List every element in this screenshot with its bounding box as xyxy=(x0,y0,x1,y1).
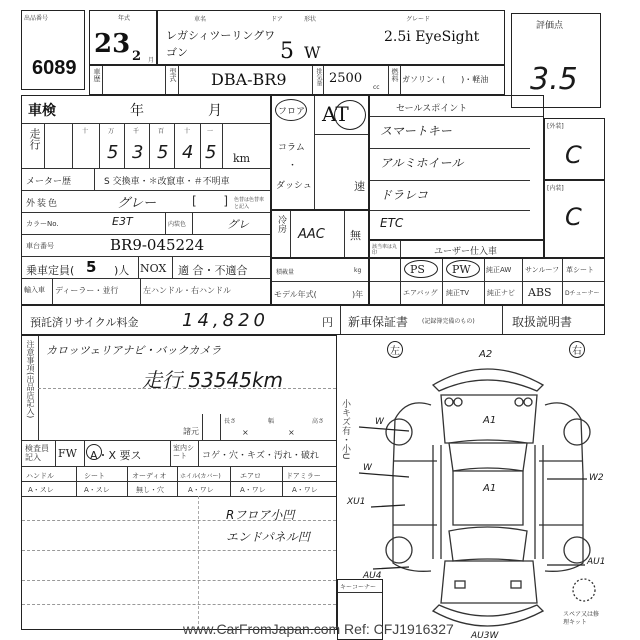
fuel-label: 燃料 xyxy=(390,68,400,82)
exterior-grade-box: [外装] C xyxy=(544,118,605,180)
warranty-note: (記録簿完備のもの) xyxy=(422,316,475,325)
nox-options: 適 合・不適合 xyxy=(178,262,248,278)
manual-label: 取扱説明書 xyxy=(512,313,572,330)
mark-left-front-door: W xyxy=(363,463,372,473)
mark-right-rear-door: W2 xyxy=(589,473,604,483)
dimensions-label: 諸元 xyxy=(183,426,199,437)
interior-color-value: グレ xyxy=(227,216,249,232)
displacement-unit: cc xyxy=(373,84,380,91)
recycle-value: 14,820 xyxy=(182,310,269,331)
recycle-label: 預託済リサイクル料金 xyxy=(30,314,138,330)
lot-number: 6089 xyxy=(32,57,77,80)
inspection-month-unit: 月 xyxy=(208,100,222,120)
spare-label: スペア又は修理キット xyxy=(563,611,603,627)
year-box: 年式 23 2 月 xyxy=(89,10,157,65)
year-month: 2 xyxy=(132,49,141,64)
aircon-none-label: 無 xyxy=(350,227,361,243)
equipment-item: Dチューナー xyxy=(565,288,599,297)
notes-box: 注意事項(出品店記入) カロッツェリアナビ・バックカメラ 走行 53545km … xyxy=(21,335,337,630)
warranty-label: 新車保証書 xyxy=(348,313,408,330)
import-dealer: ディーラー・並行 xyxy=(55,285,118,296)
equipment-circle xyxy=(446,260,480,278)
recycle-row: 預託済リサイクル料金 14,820 円 新車保証書 (記録簿完備のもの) 取扱説… xyxy=(21,305,605,335)
interior-grade-value: C xyxy=(565,203,582,231)
shift-dot: ・ xyxy=(288,158,297,171)
shift-column: コラム xyxy=(278,140,305,153)
part-options: A・ワレ xyxy=(188,485,214,495)
exterior-color-note: 色替は色替車と記入 xyxy=(234,196,268,210)
mileage-digit-header: 十 xyxy=(82,126,88,135)
part-options: A・ワレ xyxy=(240,485,266,495)
recycle-unit: 円 xyxy=(322,314,333,330)
meter-history-options: S 交換車・＊改竄車・＃不明車 xyxy=(104,174,230,187)
part-name: エアロ xyxy=(240,471,261,481)
part-options: A・スレ xyxy=(28,485,54,495)
sales-point-item: ETC xyxy=(380,216,403,230)
load-row: 積載量 kg モデル年式( )年 xyxy=(271,258,369,305)
part-options: 無し・穴 xyxy=(136,485,164,495)
color-no-label: カラーNo. xyxy=(26,219,59,229)
applicable-label: 該当車は丸印 xyxy=(372,244,398,256)
interior-grade-box: [内装] C xyxy=(544,180,605,258)
sales-point-item: スマートキー xyxy=(380,122,452,139)
mileage-label: 走行 xyxy=(26,128,42,150)
year-value: 23 xyxy=(94,29,130,59)
speed-label: 速 xyxy=(354,178,365,194)
mileage-digit: 3 xyxy=(132,142,143,163)
inspector-label: 検査員記入 xyxy=(25,444,55,462)
load-label: 積載量 xyxy=(276,267,294,276)
exterior-grade-label: [外装] xyxy=(547,121,564,130)
at-circle xyxy=(334,100,366,130)
equipment-item: エアバッグ xyxy=(403,288,437,298)
part-options: A・ワレ xyxy=(292,485,318,495)
sales-point-item: ドラレコ xyxy=(380,186,428,203)
part-options: A・スレ xyxy=(84,485,110,495)
nox-label: NOX xyxy=(140,262,166,275)
grade-value: 2.5i EyeSight xyxy=(384,29,479,45)
year-month-unit: 月 xyxy=(148,55,154,64)
mileage-digit-header: 百 xyxy=(158,126,164,135)
doors-label: ドア xyxy=(271,14,283,23)
mark-roof: A1 xyxy=(483,483,496,494)
exterior-color-label: 外装色 xyxy=(26,196,59,209)
import-handle: 左ハンドル・右ハンドル xyxy=(143,285,231,296)
remarks-line2: エンドパネル凹 xyxy=(226,528,310,545)
sales-points-box: セールスポイント スマートキー アルミホイール ドラレコ ETC xyxy=(369,95,544,240)
equipment-item: 純正ナビ xyxy=(487,288,515,298)
mark-hood: A1 xyxy=(483,415,496,426)
part-name: ホイル(カバー) xyxy=(180,471,221,480)
equipment-item: 革シート xyxy=(566,265,594,275)
inspection-year-unit: 年 xyxy=(130,100,144,120)
grade-label: グレード xyxy=(406,14,430,23)
year-label: 年式 xyxy=(118,13,130,22)
body-shape-value: W xyxy=(304,43,320,62)
part-name: シート xyxy=(84,471,105,481)
inspection-label: 車検 xyxy=(28,100,56,120)
sales-points-header: セールスポイント xyxy=(396,101,467,114)
car-name-box: 車名 レガシィツーリングワゴン ドア 形状 5 W グレード 2.5i EyeS… xyxy=(157,10,505,65)
seat-options: コゲ・穴・キズ・汚れ・破れ xyxy=(202,448,319,461)
lot-box: 出品番号 6089 xyxy=(21,10,85,90)
displacement-value: 2500 xyxy=(329,71,362,86)
key-corner-label: キーコーナー xyxy=(340,582,376,591)
score-value: 3.5 xyxy=(530,62,578,97)
mark-right-rear: AU1 xyxy=(587,557,605,567)
dimensions-width-value: × xyxy=(242,428,249,437)
mark-left-fender: W xyxy=(375,417,384,427)
mileage-digit-header: 千 xyxy=(133,126,139,135)
doors-value: 5 xyxy=(280,39,294,64)
spec-table: 車検 年 月 走行 十 万 千 百 十 一 5 3 5 4 5 km メーター歴… xyxy=(21,95,271,305)
interior-color-label: 内装色 xyxy=(168,219,186,228)
notes-line1: カロッツェリアナビ・バックカメラ xyxy=(46,342,221,358)
mileage-digit: 5 xyxy=(205,142,216,163)
mileage-digit-header: 万 xyxy=(108,126,114,135)
model-year-unit: )年 xyxy=(352,289,363,300)
exterior-color-value: グレー xyxy=(117,192,156,211)
car-name-value: レガシィツーリングワゴン xyxy=(166,27,286,61)
seat-label: 室内シート xyxy=(173,444,197,460)
sales-point-item: アルミホイール xyxy=(380,154,463,171)
mileage-digit: 4 xyxy=(182,142,193,163)
dimensions-height: 高さ xyxy=(312,416,324,425)
meter-history-label: メーター歴 xyxy=(26,174,71,187)
equipment-item: サンルーフ xyxy=(525,265,559,275)
equipment-item: 純正TV xyxy=(446,288,469,298)
footer-ref: Ref: CFJ1916327 xyxy=(344,621,454,637)
shift-floor: フロア xyxy=(278,104,305,117)
equipment-circle xyxy=(404,260,438,278)
mark-rear-bumper: AU3W xyxy=(471,631,498,640)
footer-watermark: www.CarFromJapan.com Ref: CFJ1916327 xyxy=(183,621,454,637)
aircon-label: 冷房 xyxy=(275,215,288,233)
import-label: 輸入車 xyxy=(24,285,45,295)
color-no-value: E3T xyxy=(112,215,133,228)
shift-dash: ダッシュ xyxy=(276,178,312,191)
dimensions-length: 長さ xyxy=(224,416,236,425)
mark-front-bumper: A2 xyxy=(479,349,492,360)
notes-label: 注意事項(出品店記入) xyxy=(25,340,36,418)
model-label: 型式 xyxy=(168,68,178,82)
user-purchase-label: ユーザー仕入車 xyxy=(434,244,497,257)
applicable-row: 該当車は丸印 ユーザー仕入車 xyxy=(369,240,544,258)
car-name-label: 車名 xyxy=(194,14,206,23)
footer-site: www.CarFromJapan.com xyxy=(183,621,340,637)
load-unit: kg xyxy=(354,267,361,274)
part-name: ドアミラー xyxy=(286,471,321,481)
fw-a-circle xyxy=(86,444,102,460)
equipment-grid: PS PW 純正AW サンルーフ 革シート エアバッグ 純正TV 純正ナビ AB… xyxy=(369,258,605,305)
fuel-options: ガソリン・( )・軽油 xyxy=(402,74,488,85)
model-row: 車歴 型式 DBA-BR9 排気量 2500 cc 燃料 ガソリン・( )・軽油 xyxy=(89,65,505,95)
interior-grade-label: [内装] xyxy=(547,183,564,192)
part-name: ハンドル xyxy=(26,471,54,481)
capacity-unit: )人 xyxy=(114,262,129,278)
exterior-color-bracket: [ ] xyxy=(192,194,228,208)
displacement-label: 排気量 xyxy=(314,68,323,86)
lot-label: 出品番号 xyxy=(24,13,48,22)
aircon-box: 冷房 AAC 無 xyxy=(271,210,369,258)
body-shape-label: 形状 xyxy=(304,14,316,23)
equipment-item: 純正AW xyxy=(486,265,511,275)
capacity-label: 乗車定員( xyxy=(26,262,74,278)
model-year-label: モデル年式( xyxy=(274,289,317,300)
dimensions-height-value: × xyxy=(288,428,295,437)
score-label: 評価点 xyxy=(536,18,563,31)
mileage-digit-header: 十 xyxy=(184,126,190,135)
car-diagram: 左 右 小キズ有・小U xyxy=(337,335,640,640)
aircon-value: AAC xyxy=(298,227,325,242)
chassis-label: 車台番号 xyxy=(26,241,54,251)
mileage-unit: km xyxy=(233,152,250,165)
mileage-digit-header: 一 xyxy=(207,126,213,135)
dimensions-width: 幅 xyxy=(268,416,274,425)
vehicle-class-label: 車歴 xyxy=(92,68,102,82)
mileage-digit: 5 xyxy=(157,142,168,163)
chassis-value: BR9-045224 xyxy=(110,236,204,254)
exterior-grade-value: C xyxy=(565,141,582,169)
fw-label: FW xyxy=(58,447,77,460)
shift-box: フロア コラム ・ ダッシュ AT 速 xyxy=(271,95,369,210)
mark-left-rear-door: XU1 xyxy=(347,497,365,507)
capacity-value: 5 xyxy=(86,258,96,276)
mileage-digit: 5 xyxy=(107,142,118,163)
score-box: 評価点 3.5 xyxy=(511,13,601,108)
equipment-item: ABS xyxy=(528,286,552,299)
part-name: オーディオ xyxy=(132,471,166,481)
model-value: DBA-BR9 xyxy=(211,70,287,89)
